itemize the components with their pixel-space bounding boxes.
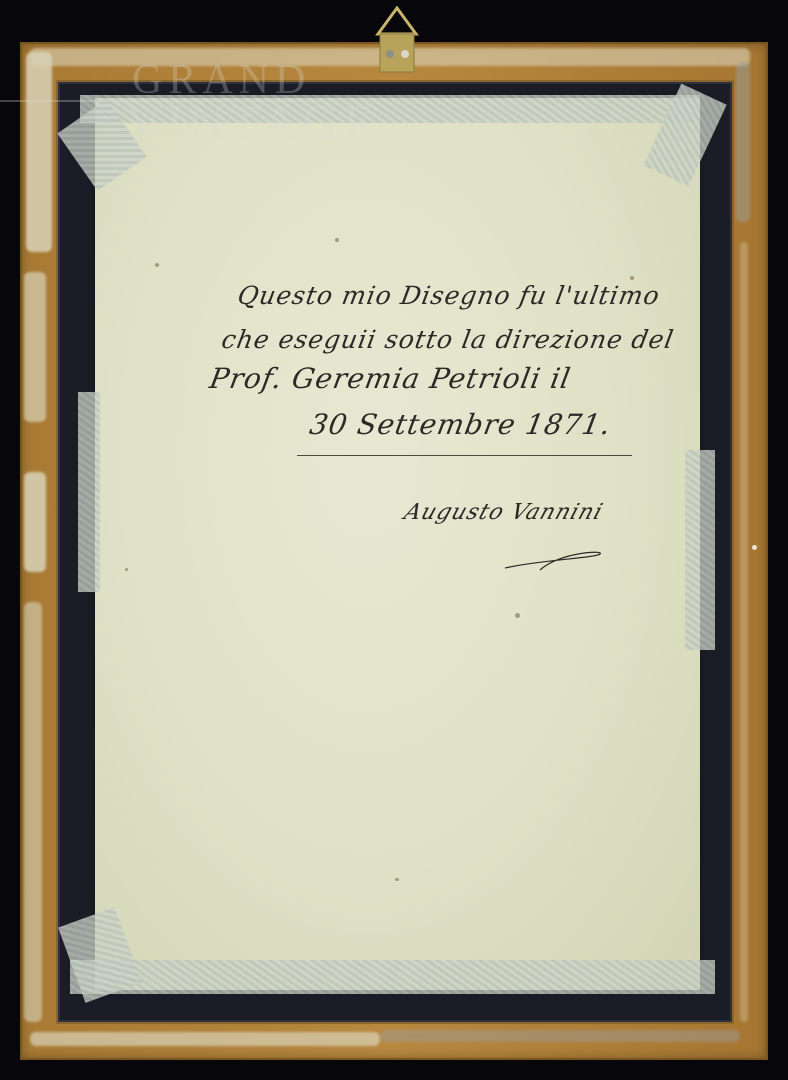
tape-left — [78, 392, 100, 592]
nail-hole — [752, 545, 757, 550]
foxing-spot — [125, 568, 128, 571]
foxing-spot — [630, 276, 634, 280]
inscription-line-3: Prof. Geremia Petrioli il — [208, 365, 573, 393]
signature-flourish — [500, 550, 610, 572]
signature: Augusto Vannini — [401, 500, 606, 525]
tape-top — [80, 95, 700, 123]
foxing-spot — [515, 613, 520, 618]
foxing-spot — [395, 878, 399, 881]
frame-wear — [380, 1030, 740, 1042]
foxing-spot — [335, 238, 339, 242]
hanger-bracket — [374, 6, 420, 76]
tape-bottom — [70, 960, 715, 994]
foxing-spot — [155, 263, 159, 267]
inscription-line-2: che eseguii sotto la direzione del — [220, 327, 676, 352]
tape-right — [685, 450, 715, 650]
frame-wear — [26, 52, 52, 252]
inscription-line-1: Questo mio Disegno fu l'ultimo — [236, 283, 662, 308]
frame-wear — [740, 242, 748, 1022]
paper-sheet — [95, 98, 700, 990]
frame-wear — [24, 472, 46, 572]
frame-wear — [24, 272, 46, 422]
inscription-underline — [297, 455, 632, 456]
frame-wear — [736, 62, 750, 222]
frame-wear — [30, 1032, 380, 1046]
frame-wear — [24, 602, 42, 1022]
inscription-line-4: 30 Settembre 1871. — [308, 411, 614, 439]
